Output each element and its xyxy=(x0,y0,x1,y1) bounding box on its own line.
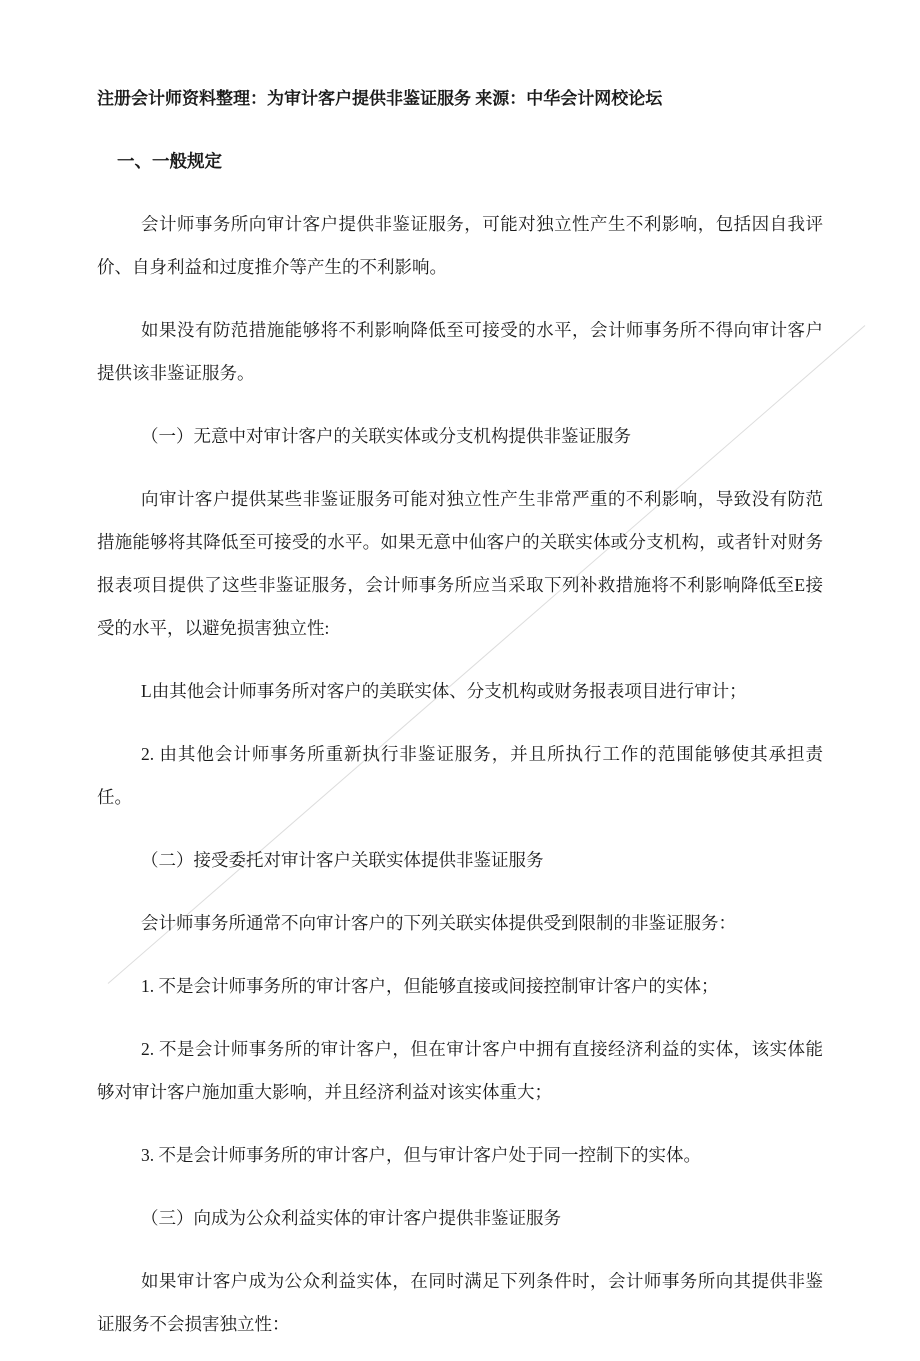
list-item: 1. 不是会计师事务所的审计客户，但能够直接或间接控制审计客户的实体； xyxy=(97,965,823,1008)
document-page: 注册会计师资料整理：为审计客户提供非鉴证服务 来源：中华会计网校论坛 一、一般规… xyxy=(0,0,920,1361)
sub-heading-3: （三）向成为公众利益实体的审计客户提供非鉴证服务 xyxy=(97,1197,823,1240)
sub-heading-2: （二）接受委托对审计客户关联实体提供非鉴证服务 xyxy=(97,839,823,882)
paragraph: 如果审计客户成为公众利益实体，在同时满足下列条件时，会计师事务所向其提供非鉴证服… xyxy=(97,1260,823,1346)
document-content: 注册会计师资料整理：为审计客户提供非鉴证服务 来源：中华会计网校论坛 一、一般规… xyxy=(97,77,823,1361)
list-item: 2. 不是会计师事务所的审计客户，但在审计客户中拥有直接经济利益的实体，该实体能… xyxy=(97,1028,823,1114)
list-item: 2. 由其他会计师事务所重新执行非鉴证服务，并且所执行工作的范围能够使其承担责任… xyxy=(97,733,823,819)
paragraph: 会计师事务所通常不向审计客户的下列关联实体提供受到限制的非鉴证服务： xyxy=(97,902,823,945)
list-item: 3. 不是会计师事务所的审计客户，但与审计客户处于同一控制下的实体。 xyxy=(97,1134,823,1177)
paragraph: 如果没有防范措施能够将不利影响降低至可接受的水平，会计师事务所不得向审计客户提供… xyxy=(97,309,823,395)
document-title: 注册会计师资料整理：为审计客户提供非鉴证服务 来源：中华会计网校论坛 xyxy=(97,77,823,120)
paragraph: 会计师事务所向审计客户提供非鉴证服务，可能对独立性产生不利影响，包括因自我评价、… xyxy=(97,203,823,289)
list-item: L由其他会计师事务所对客户的美联实体、分支机构或财务报表项目进行审计； xyxy=(97,670,823,713)
sub-heading-1: （一）无意中对审计客户的关联实体或分支机构提供非鉴证服务 xyxy=(97,415,823,458)
section-heading-general-rules: 一、一般规定 xyxy=(97,140,823,183)
paragraph: 向审计客户提供某些非鉴证服务可能对独立性产生非常严重的不利影响，导致没有防范措施… xyxy=(97,478,823,650)
